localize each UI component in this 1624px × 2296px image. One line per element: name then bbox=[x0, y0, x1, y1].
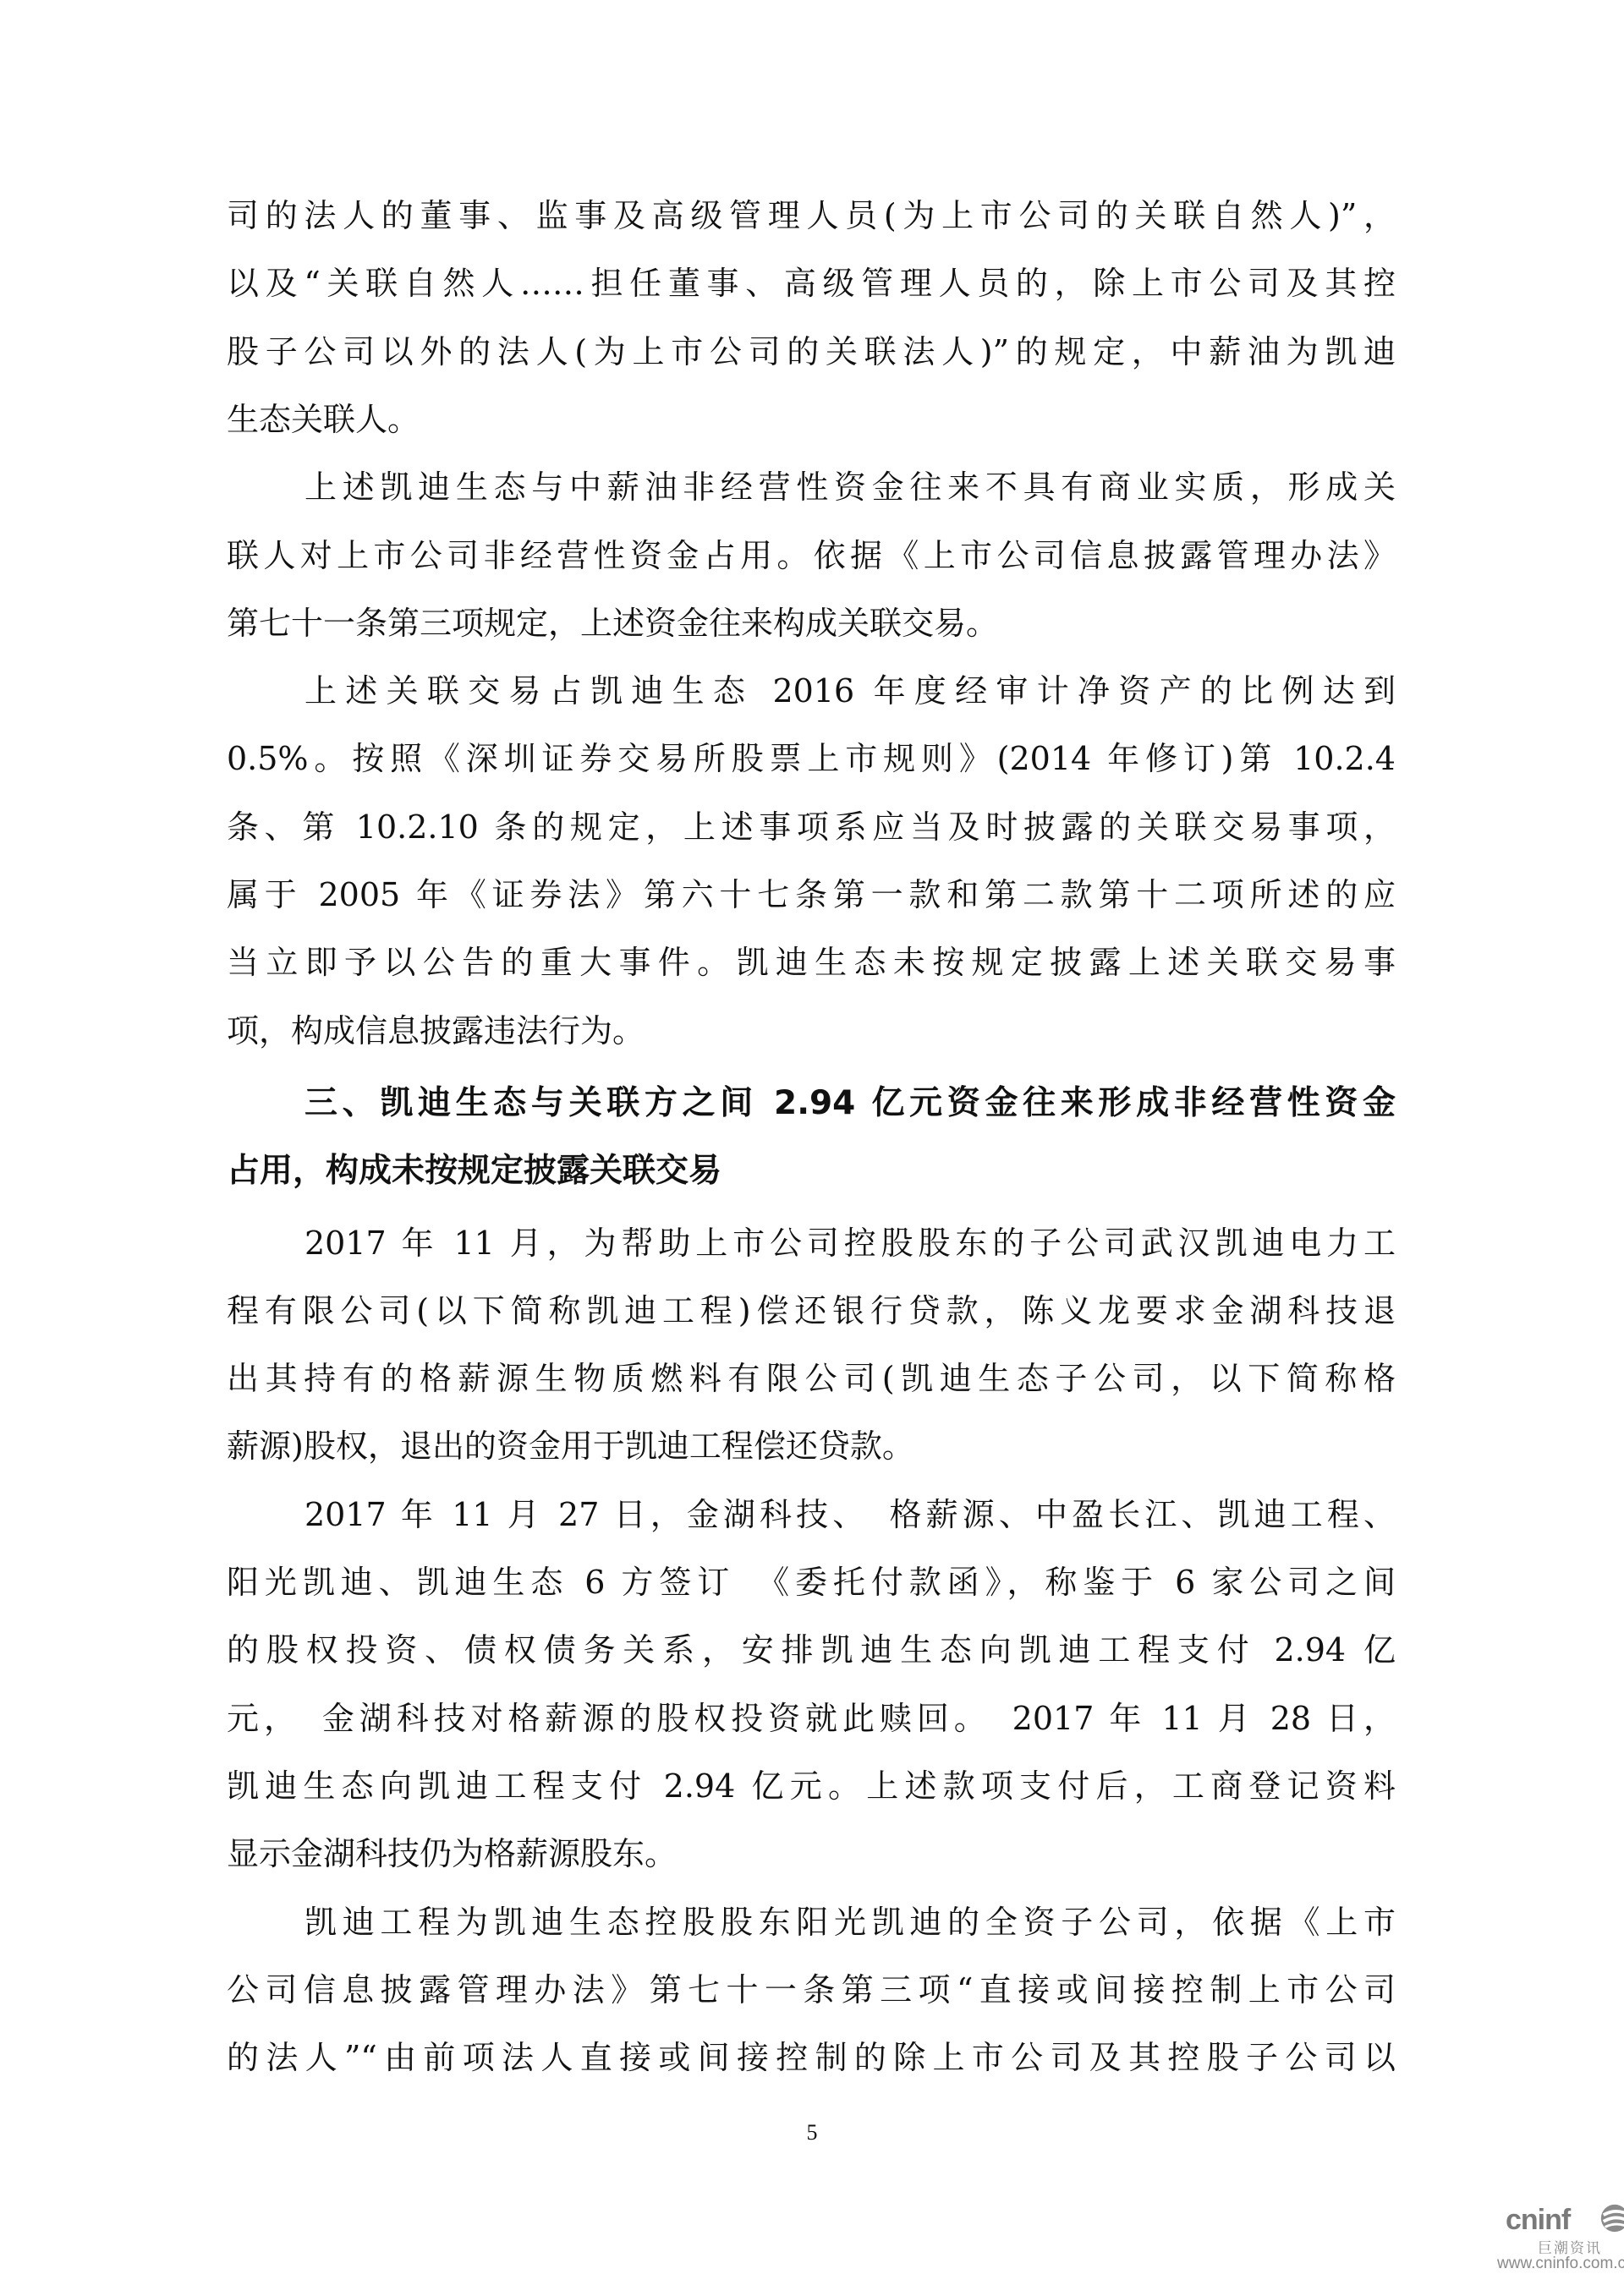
paragraph-line: 的股权投资、债权债务关系，安排凯迪生态向凯迪工程支付 2.94 亿 bbox=[227, 1625, 1396, 1675]
paragraph-line: 公司信息披露管理办法》第七十一条第三项“直接或间接控制上市公司 bbox=[227, 1964, 1396, 2015]
paragraph-line: 0.5%。按照《深圳证券交易所股票上市规则》(2014 年修订)第 10.2.4 bbox=[227, 733, 1396, 784]
cninfo-logo-icon bbox=[1599, 2202, 1624, 2234]
paragraph-line: 司的法人的董事、监事及高级管理人员(为上市公司的关联自然人)”， bbox=[227, 190, 1396, 241]
cninfo-watermark: cninf 巨潮资讯 www.cninfo.com.cn bbox=[1472, 2199, 1624, 2296]
paragraph-line: 第七十一条第三项规定，上述资金往来构成关联交易。 bbox=[227, 598, 1396, 649]
paragraph-line: 出其持有的格薪源生物质燃料有限公司(凯迪生态子公司，以下简称格 bbox=[227, 1353, 1396, 1404]
paragraph-line: 生态关联人。 bbox=[227, 394, 1396, 445]
paragraph-line: 凯迪工程为凯迪生态控股股东阳光凯迪的全资子公司，依据《上市 bbox=[304, 1897, 1396, 1948]
paragraph-line: 条、第 10.2.10 条的规定，上述事项系应当及时披露的关联交易事项， bbox=[227, 802, 1396, 852]
paragraph-line: 联人对上市公司非经营性资金占用。依据《上市公司信息披露管理办法》 bbox=[227, 530, 1396, 581]
paragraph-line: 凯迪生态向凯迪工程支付 2.94 亿元。上述款项支付后，工商登记资料 bbox=[227, 1761, 1396, 1811]
page-number: 5 bbox=[795, 2120, 829, 2145]
paragraph-line: 当立即予以公告的重大事件。凯迪生态未按规定披露上述关联交易事 bbox=[227, 937, 1396, 988]
paragraph-line: 的法人”“由前项法人直接或间接控制的除上市公司及其控股子公司以 bbox=[227, 2032, 1396, 2083]
paragraph-line: 阳光凯迪、凯迪生态 6 方签订 《委托付款函》，称鉴于 6 家公司之间 bbox=[227, 1557, 1396, 1608]
paragraph-line: 2017 年 11 月，为帮助上市公司控股股东的子公司武汉凯迪电力工 bbox=[304, 1218, 1396, 1269]
paragraph-line: 程有限公司(以下简称凯迪工程)偿还银行贷款，陈义龙要求金湖科技退 bbox=[227, 1285, 1396, 1336]
watermark-url: www.cninfo.com.cn bbox=[1497, 2255, 1624, 2273]
watermark-brand: cninf bbox=[1506, 2204, 1570, 2237]
paragraph-line: 薪源)股权，退出的资金用于凯迪工程偿还贷款。 bbox=[227, 1421, 1396, 1471]
paragraph-line: 2017 年 11 月 27 日，金湖科技、 格薪源、中盈长江、凯迪工程、 bbox=[304, 1489, 1396, 1540]
paragraph-line: 上述凯迪生态与中薪油非经营性资金往来不具有商业实质，形成关 bbox=[304, 462, 1396, 512]
paragraph-line: 股子公司以外的法人(为上市公司的关联法人)”的规定，中薪油为凯迪 bbox=[227, 326, 1396, 377]
section-heading-line: 占用，构成未按规定披露关联交易 bbox=[227, 1146, 1396, 1197]
paragraph-line: 以及“关联自然人……担任董事、高级管理人员的，除上市公司及其控 bbox=[227, 258, 1396, 309]
section-heading-line: 三、凯迪生态与关联方之间 2.94 亿元资金往来形成非经营性资金 bbox=[304, 1078, 1396, 1129]
paragraph-line: 显示金湖科技仍为格薪源股东。 bbox=[227, 1828, 1396, 1879]
paragraph-line: 项，构成信息披露违法行为。 bbox=[227, 1006, 1396, 1056]
paragraph-line: 元， 金湖科技对格薪源的股权投资就此赎回。 2017 年 11 月 28 日， bbox=[227, 1693, 1396, 1744]
document-page: 司的法人的董事、监事及高级管理人员(为上市公司的关联自然人)”，以及“关联自然人… bbox=[0, 0, 1624, 2296]
paragraph-line: 属于 2005 年《证券法》第六十七条第一款和第二款第十二项所述的应 bbox=[227, 869, 1396, 920]
paragraph-line: 上述关联交易占凯迪生态 2016 年度经审计净资产的比例达到 bbox=[304, 666, 1396, 716]
